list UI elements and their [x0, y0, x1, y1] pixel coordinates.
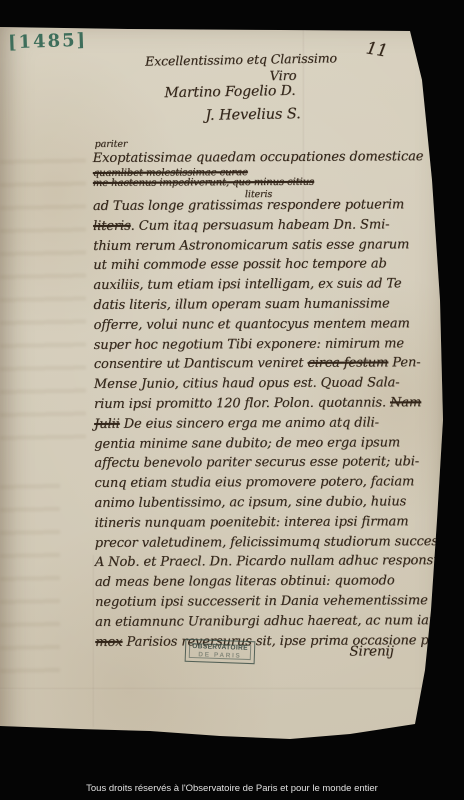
body-line: datis literis, illum operam suam humanis…: [93, 296, 389, 315]
body-line: consentire ut Dantiscum veniret circa fe…: [94, 355, 421, 374]
body-line: offerre, volui nunc et quantocyus mentem…: [94, 316, 410, 335]
body-line: ad Tuas longe gratissimas respondere pot…: [93, 197, 404, 216]
manuscript-scan: [1485] 11 Excellentissimo etq Clarissimo…: [0, 0, 464, 800]
body-line: ut mihi commode esse possit hoc tempore …: [93, 256, 386, 275]
body-line: super hoc negotium Tibi exponere: nimiru…: [94, 336, 404, 355]
body-line: A Nob. et Praecl. Dn. Picardo nullam adh…: [95, 553, 454, 572]
body-line: animo lubentissimo, ac ipsum, sine dubio…: [94, 494, 406, 513]
body-line: rium ipsi promitto 120 flor. Polon. quot…: [94, 395, 421, 414]
archive-stamp-line2: DE PARIS: [188, 651, 252, 661]
body-line: itineris nunquam poenitebit: interea ips…: [95, 514, 409, 533]
body-line: gentia minime sane dubito; de meo erga i…: [94, 435, 400, 454]
body-line: literis. Cum itaq persuasum habeam Dn. S…: [93, 217, 389, 236]
interlinear-insertion: pariter: [95, 139, 128, 150]
body-line: mox Parisios reversurus sit, ipse prima …: [95, 633, 464, 652]
body-line: Julii De eius sincero erga me animo atq …: [94, 415, 379, 433]
body-line: negotium ipsi successerit in Dania vehem…: [95, 593, 464, 612]
body-line: affectu benevolo pariter securus esse po…: [94, 454, 419, 473]
body-line: ad meas bene longas literas obtinui: quo…: [95, 573, 395, 592]
letter-body: pariter Exoptatissimae quaedam occupatio…: [92, 0, 456, 800]
body-line: Mense Junio, citius haud opus est. Quoad…: [94, 375, 400, 394]
manuscript-page: [1485] 11 Excellentissimo etq Clarissimo…: [0, 0, 464, 800]
body-line: auxiliis, tum etiam ipsi intelligam, ex …: [93, 276, 401, 295]
copyright-footer: Tous droits réservés à l'Observatoire de…: [0, 783, 464, 794]
interlinear-correction: me hactenus impediverunt, quo minus citi…: [93, 177, 314, 195]
verso-showthrough: [0, 145, 86, 445]
body-line: precor valetudinem, felicissimumq studio…: [95, 534, 460, 553]
archive-stamp: OBSERVATOIRE DE PARIS: [185, 639, 256, 664]
body-line: cunq etiam studia eius promovere potero,…: [94, 474, 414, 493]
body-line: an etiamnunc Uraniburgi adhuc haereat, a…: [95, 613, 441, 632]
body-line: Exoptatissimae quaedam occupationes dome…: [93, 149, 424, 168]
signature: Sirenij: [349, 643, 394, 659]
verso-showthrough: [0, 470, 60, 690]
body-line: thium rerum Astronomicarum satis esse gn…: [93, 237, 409, 256]
catalog-number-label: [1485]: [8, 30, 88, 54]
